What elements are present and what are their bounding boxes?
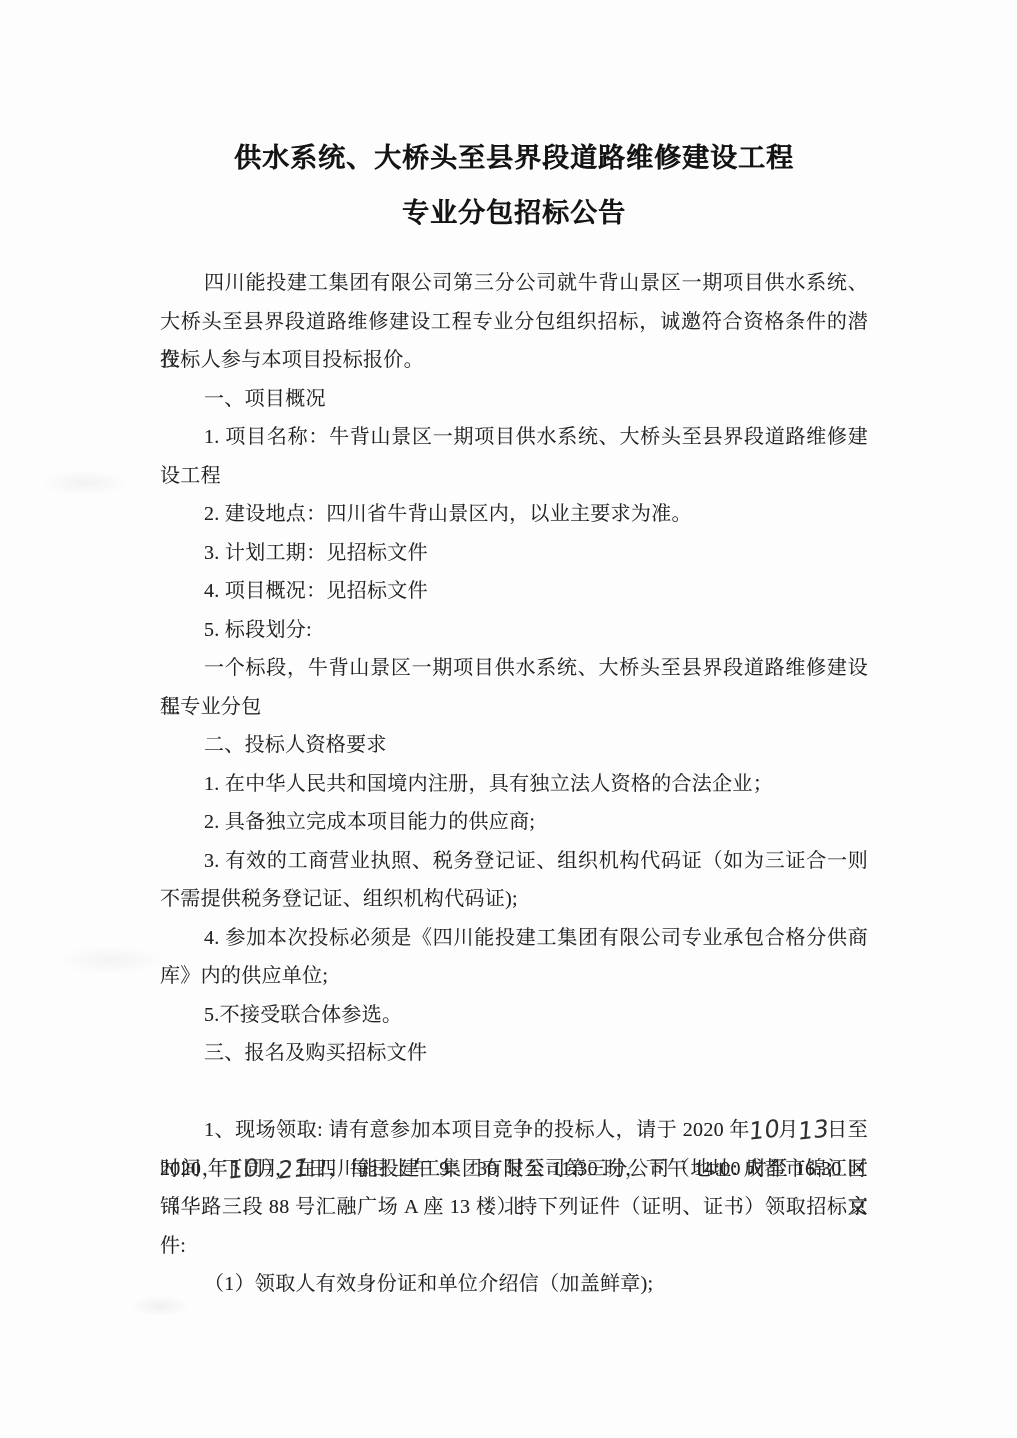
doc-line: 投标人参与本项目投标报价。 (160, 341, 868, 380)
doc-line: 4. 项目概况：见招标文件 (160, 572, 868, 611)
handwritten-month: 10 (748, 1116, 781, 1144)
handwritten-day: 13 (797, 1116, 830, 1144)
scan-artifact (40, 470, 130, 496)
document-content: 供水系统、大桥头至县界段道路维修建设工程 专业分包招标公告 四川能投建工集团有限… (160, 138, 868, 1304)
scan-artifact (55, 945, 165, 975)
doc-line: 1. 在中华人民共和国境内注册，具有独立法人资格的合法企业； (160, 765, 868, 804)
doc-line: 库》内的供应单位; (160, 957, 868, 996)
doc-line: 设工程 (160, 457, 868, 496)
doc-line: 一个标段，牛背山景区一期项目供水系统、大桥头至县界段道路维修建设工 (160, 649, 868, 688)
doc-line: 2. 建设地点：四川省牛背山景区内，以业主要求为准。 (160, 495, 868, 534)
document-title-line-1: 供水系统、大桥头至县界段道路维修建设工程 (160, 138, 868, 178)
doc-line: 5. 标段划分: (160, 611, 868, 650)
doc-line: 3. 计划工期：见招标文件 (160, 534, 868, 573)
doc-line: 5.不接受联合体参选。 (160, 996, 868, 1035)
doc-line: 2. 具备独立完成本项目能力的供应商; (160, 803, 868, 842)
doc-line-pickup-dates-1: 1、现场领取: 请有意参加本项目竞争的投标人，请于 2020 年10月13日至 … (160, 1073, 868, 1112)
doc-line: （1）领取人有效身份证和单位介绍信（加盖鲜章); (160, 1265, 868, 1304)
doc-line: 不需提供税务登记证、组织机构代码证); (160, 880, 868, 919)
handwritten-day: 21 (277, 1155, 310, 1183)
month-label: 月 (778, 1119, 799, 1141)
doc-line: 锦华路三段 88 号汇融广场 A 座 13 楼）持下列证件（证明、证书）领取招标… (160, 1188, 868, 1227)
doc-line: 件: (160, 1227, 868, 1266)
document-body: 四川能投建工集团有限公司第三分公司就牛背山景区一期项目供水系统、 大桥头至县界段… (160, 264, 868, 1304)
doc-line: 4. 参加本次投标必须是《四川能投建工集团有限公司专业承包合格分供商 (160, 919, 868, 958)
day-label: 日 (827, 1119, 848, 1141)
scanned-document-page: 供水系统、大桥头至县界段道路维修建设工程 专业分包招标公告 四川能投建工集团有限… (0, 0, 1017, 1438)
doc-line: 四川能投建工集团有限公司第三分公司就牛背山景区一期项目供水系统、 (160, 264, 868, 303)
doc-line: 大桥头至县界段道路维修建设工程专业分包组织招标，诚邀符合资格条件的潜在 (160, 303, 868, 342)
section-heading-bidder-qualifications: 二、投标人资格要求 (160, 726, 868, 765)
section-heading-registration: 三、报名及购买招标文件 (160, 1034, 868, 1073)
handwritten-month: 10 (227, 1155, 260, 1183)
doc-line: 3. 有效的工商营业执照、税务登记证、组织机构代码证（如为三证合一则 (160, 842, 868, 881)
pickup-text: 1、现场领取: 请有意参加本项目竞争的投标人，请于 2020 年 (204, 1119, 750, 1141)
doc-line: 1. 项目名称：牛背山景区一期项目供水系统、大桥头至县界段道路维修建 (160, 418, 868, 457)
doc-line: 程专业分包 (160, 688, 868, 727)
section-heading-project-overview: 一、项目概况 (160, 380, 868, 419)
doc-line: 时间，下同），在四川能投建工集团有限公司第三分公司（地址: 成都市锦江区 (160, 1150, 868, 1189)
document-title-line-2: 专业分包招标公告 (160, 193, 868, 233)
